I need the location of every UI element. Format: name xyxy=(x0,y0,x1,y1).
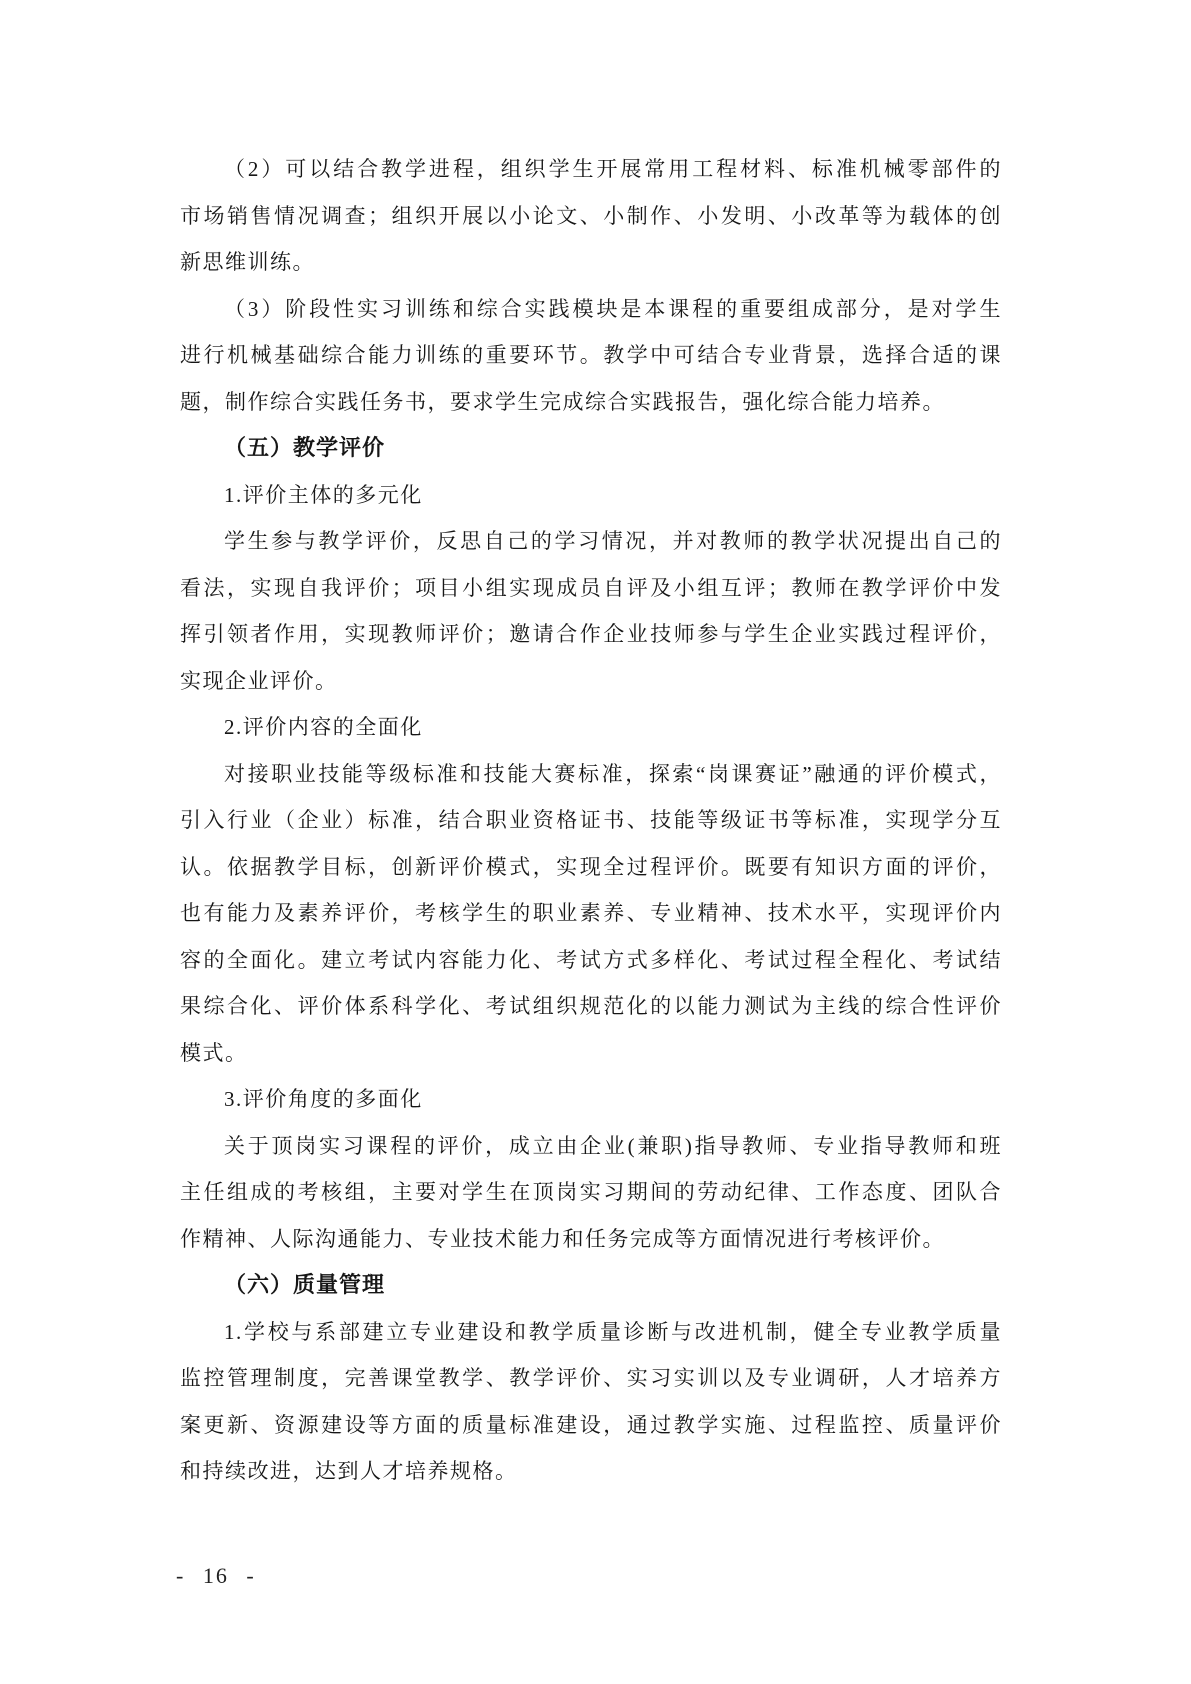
paragraph-line: 也有能力及素养评价，考核学生的职业素养、专业精神、技术水平，实现评价内 xyxy=(180,890,1002,937)
sub-heading: 1.评价主体的多元化 xyxy=(180,472,1002,519)
page-number: - 16 - xyxy=(176,1563,256,1589)
paragraph-line: 看法，实现自我评价；项目小组实现成员自评及小组互评；教师在教学评价中发 xyxy=(180,565,1002,612)
paragraph-line: 和持续改进，达到人才培养规格。 xyxy=(180,1448,1002,1495)
document-page: （2）可以结合教学进程，组织学生开展常用工程材料、标准机械零部件的市场销售情况调… xyxy=(0,0,1191,1684)
paragraph-line: 引入行业（企业）标准，结合职业资格证书、技能等级证书等标准，实现学分互 xyxy=(180,797,1002,844)
paragraph-line: 1.学校与系部建立专业建设和教学质量诊断与改进机制，健全专业教学质量 xyxy=(180,1309,1002,1356)
paragraph-line: 主任组成的考核组，主要对学生在顶岗实习期间的劳动纪律、工作态度、团队合 xyxy=(180,1169,1002,1216)
document-body: （2）可以结合教学进程，组织学生开展常用工程材料、标准机械零部件的市场销售情况调… xyxy=(180,146,1002,1495)
paragraph-line: 题，制作综合实践任务书，要求学生完成综合实践报告，强化综合能力培养。 xyxy=(180,379,1002,426)
paragraph-line: 挥引领者作用，实现教师评价；邀请合作企业技师参与学生企业实践过程评价， xyxy=(180,611,1002,658)
paragraph-line: 学生参与教学评价，反思自己的学习情况，并对教师的教学状况提出自己的 xyxy=(180,518,1002,565)
section-heading: （五）教学评价 xyxy=(180,425,1002,472)
paragraph-line: 监控管理制度，完善课堂教学、教学评价、实习实训以及专业调研，人才培养方 xyxy=(180,1355,1002,1402)
sub-heading: 2.评价内容的全面化 xyxy=(180,704,1002,751)
paragraph-line: 市场销售情况调查；组织开展以小论文、小制作、小发明、小改革等为载体的创 xyxy=(180,193,1002,240)
paragraph-line: 新思维训练。 xyxy=(180,239,1002,286)
section-heading: （六）质量管理 xyxy=(180,1262,1002,1309)
paragraph-line: 模式。 xyxy=(180,1030,1002,1077)
paragraph-line: 认。依据教学目标，创新评价模式，实现全过程评价。既要有知识方面的评价， xyxy=(180,844,1002,891)
paragraph-line: 容的全面化。建立考试内容能力化、考试方式多样化、考试过程全程化、考试结 xyxy=(180,937,1002,984)
paragraph-line: 对接职业技能等级标准和技能大赛标准，探索“岗课赛证”融通的评价模式， xyxy=(180,751,1002,798)
sub-heading: 3.评价角度的多面化 xyxy=(180,1076,1002,1123)
paragraph-line: 关于顶岗实习课程的评价，成立由企业(兼职)指导教师、专业指导教师和班 xyxy=(180,1123,1002,1170)
paragraph-line: 进行机械基础综合能力训练的重要环节。教学中可结合专业背景，选择合适的课 xyxy=(180,332,1002,379)
paragraph-line: 作精神、人际沟通能力、专业技术能力和任务完成等方面情况进行考核评价。 xyxy=(180,1216,1002,1263)
paragraph-line: 果综合化、评价体系科学化、考试组织规范化的以能力测试为主线的综合性评价 xyxy=(180,983,1002,1030)
paragraph-line: （2）可以结合教学进程，组织学生开展常用工程材料、标准机械零部件的 xyxy=(180,146,1002,193)
paragraph-line: 案更新、资源建设等方面的质量标准建设，通过教学实施、过程监控、质量评价 xyxy=(180,1402,1002,1449)
paragraph-line: 实现企业评价。 xyxy=(180,658,1002,705)
paragraph-line: （3）阶段性实习训练和综合实践模块是本课程的重要组成部分，是对学生 xyxy=(180,286,1002,333)
